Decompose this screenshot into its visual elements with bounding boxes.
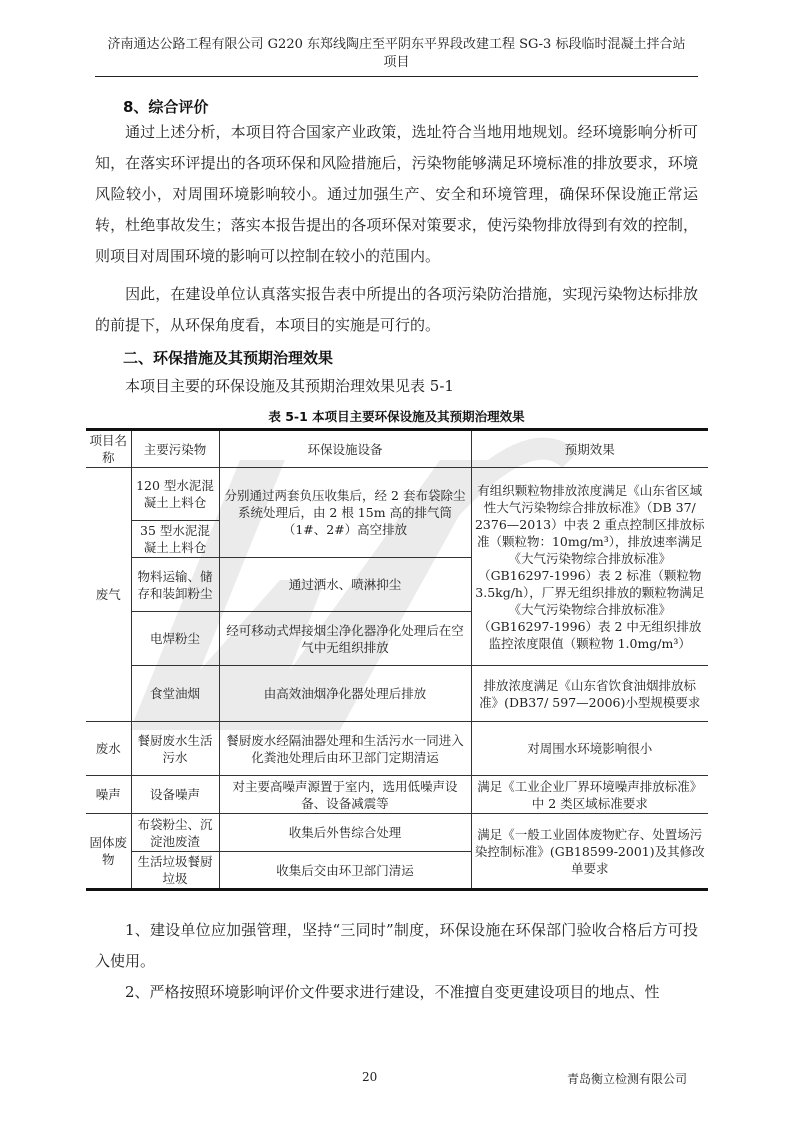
table-row: 废水 餐厨废水生活污水 餐厨废水经隔油器处理和生活污水一同进入化粪池处理后由环卫… (86, 722, 708, 776)
paragraph-conclusion: 因此，在建设单位认真落实报告表中所提出的各项污染防治措施，实现污染物达标排放的前… (95, 279, 698, 341)
table-row: 食堂油烟 由高效油烟净化器处理后排放 排放浓度满足《山东省饮食油烟排放标准》(D… (86, 666, 708, 722)
table-row: 废气 120 型水泥混凝土上料仓 分别通过两套负压收集后，经 2 套布袋除尘系统… (86, 468, 708, 521)
paragraph-evaluation: 通过上述分析，本项目符合国家产业政策，选址符合当地用地规划。经环境影响分析可知，… (95, 117, 698, 272)
table-row: 噪声 设备噪声 对主要高噪声源置于室内，选用低噪声设备、设备减震等 满足《工业企… (86, 776, 708, 814)
facility-cell: 收集后外售综合处理 (219, 814, 471, 852)
pollutant-cell: 物料运输、储存和装卸粉尘 (131, 558, 219, 612)
facility-cell: 由高效油烟净化器处理后排放 (219, 666, 471, 722)
facility-cell: 经可移动式焊接烟尘净化器净化处理后在空气中无组织排放 (219, 612, 471, 666)
header-rule (95, 76, 698, 77)
header-pollutant: 主要污染物 (131, 430, 219, 468)
requirement-item-2: 2、严格按照环境影响评价文件要求进行建设，不准擅自变更建设项目的地点、性 (95, 977, 698, 1008)
page-header: 济南通达公路工程有限公司 G220 东郑线陶庄至平阴东平界段改建工程 SG-3 … (95, 36, 698, 72)
header-facility: 环保设施设备 (219, 430, 471, 468)
paragraph-evaluation-text: 通过上述分析，本项目符合国家产业政策，选址符合当地用地规划。经环境影响分析可知，… (95, 123, 698, 265)
effect-cell: 排放浓度满足《山东省饮食油烟排放标准》(DB37/ 597—2006)小型规模要… (471, 666, 708, 722)
table-caption: 表 5-1 本项目主要环保设施及其预期治理效果 (95, 407, 698, 425)
group-noise: 噪声 (86, 776, 131, 814)
paragraph-conclusion-text: 因此，在建设单位认真落实报告表中所提出的各项污染防治措施，实现污染物达标排放的前… (95, 285, 698, 334)
pollutant-cell: 食堂油烟 (131, 666, 219, 722)
effect-cell: 满足《一般工业固体废物贮存、处置场污染控制标准》(GB18599-2001)及其… (471, 814, 708, 890)
group-gas: 废气 (86, 468, 131, 722)
pollutant-cell: 35 型水泥混凝土上料仓 (131, 521, 219, 558)
pollutant-cell: 生活垃圾餐厨垃圾 (131, 852, 219, 890)
footer-company: 青岛衡立检测有限公司 (567, 1070, 687, 1087)
facility-cell: 餐厨废水经隔油器处理和生活污水一同进入化粪池处理后由环卫部门定期清运 (219, 722, 471, 776)
pollutant-cell: 120 型水泥混凝土上料仓 (131, 468, 219, 521)
pollutant-cell: 布袋粉尘、沉淀池废渣 (131, 814, 219, 852)
section-heading-8: 8、综合评价 (123, 96, 208, 117)
effect-cell: 有组织颗粒物排放浓度满足《山东省区域性大气污染物综合排放标准》（DB 37/ 2… (471, 468, 708, 666)
paragraph-intro: 本项目主要的环保设施及其预期治理效果见表 5-1 (95, 371, 698, 402)
facility-cell: 对主要高噪声源置于室内，选用低噪声设备、设备减震等 (219, 776, 471, 814)
requirement-item-2-text: 2、严格按照环境影响评价文件要求进行建设，不准擅自变更建设项目的地点、性 (125, 983, 660, 1001)
requirement-item-1-text: 1、建设单位应加强管理，坚持“三同时”制度，环保设施在环保部门验收合格后方可投入… (95, 921, 698, 970)
effect-cell: 满足《工业企业厂界环境噪声排放标准》中 2 类区域标准要求 (471, 776, 708, 814)
facility-cell: 分别通过两套负压收集后，经 2 套布袋除尘系统处理后，由 2 根 15m 高的排… (219, 468, 471, 558)
header-title-line2: 项目 (95, 54, 698, 72)
pollutant-cell: 设备噪声 (131, 776, 219, 814)
pollutant-cell: 餐厨废水生活污水 (131, 722, 219, 776)
section-heading-2: 二、环保措施及其预期治理效果 (123, 347, 333, 368)
page-number: 20 (362, 1070, 377, 1084)
header-effect: 预期效果 (471, 430, 708, 468)
pollutant-cell: 电焊粉尘 (131, 612, 219, 666)
environmental-measures-table: 项目名称 主要污染物 环保设施设备 预期效果 废气 120 型水泥混凝土上料仓 … (86, 428, 708, 891)
table-row: 固体废物 布袋粉尘、沉淀池废渣 收集后外售综合处理 满足《一般工业固体废物贮存、… (86, 814, 708, 852)
group-solid: 固体废物 (86, 814, 131, 890)
paragraph-intro-text: 本项目主要的环保设施及其预期治理效果见表 5-1 (125, 377, 454, 395)
table-header-row: 项目名称 主要污染物 环保设施设备 预期效果 (86, 430, 708, 468)
header-title-line1: 济南通达公路工程有限公司 G220 东郑线陶庄至平阴东平界段改建工程 SG-3 … (95, 36, 698, 54)
facility-cell: 通过洒水、喷淋抑尘 (219, 558, 471, 612)
effect-cell: 对周围水环境影响很小 (471, 722, 708, 776)
requirement-item-1: 1、建设单位应加强管理，坚持“三同时”制度，环保设施在环保部门验收合格后方可投入… (95, 915, 698, 977)
group-water: 废水 (86, 722, 131, 776)
facility-cell: 收集后交由环卫部门清运 (219, 852, 471, 890)
header-category: 项目名称 (86, 430, 131, 468)
